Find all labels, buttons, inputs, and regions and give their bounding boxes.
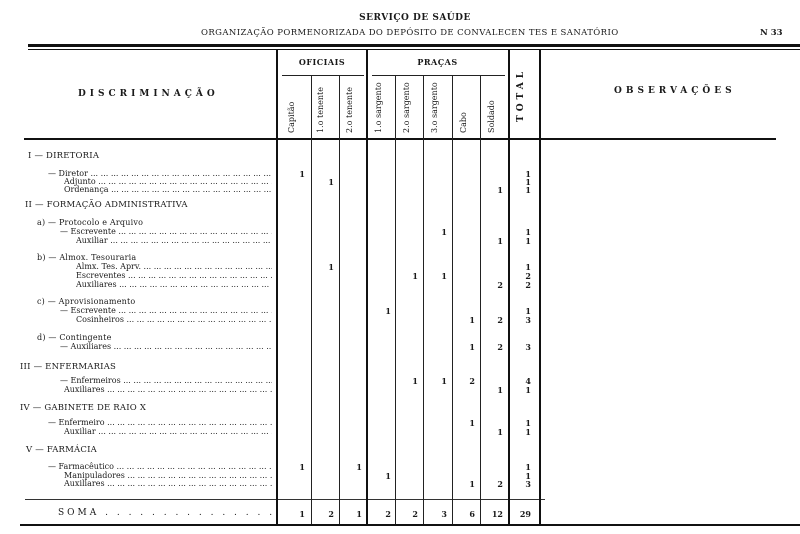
row-label: Almx. Tes. Aprv. ... ... ... ... ... ...… — [76, 262, 272, 271]
row-label: — Escrevente ... ... ... ... ... ... ...… — [60, 227, 272, 236]
row-label: — Auxiliares ... ... ... ... ... ... ...… — [60, 342, 272, 351]
header-col-soldado: Soldado — [487, 100, 496, 133]
col-divider-3sarg — [452, 76, 453, 524]
table-cell: 3 — [519, 342, 531, 352]
top-rule — [28, 44, 800, 47]
header-col-2-sargento: 2.o sargento — [402, 82, 411, 133]
soma-cell: 29 — [517, 509, 531, 519]
table-cell: 1 — [491, 385, 503, 395]
header-bottom-rule — [24, 138, 776, 140]
section-farmacia: V — FARMÁCIA — [26, 445, 97, 455]
oficiais-underline — [282, 75, 364, 76]
row-label: Auxiliares ... ... ... ... ... ... ... .… — [76, 280, 272, 289]
table-cell: 1 — [435, 227, 447, 237]
document-title: SERVIÇO DE SAÚDE — [0, 13, 800, 23]
table-cell: 2 — [491, 280, 503, 290]
section-almox-tesouraria: b) — Almox. Tesouraria — [37, 253, 136, 262]
row-label: Ordenança ... ... ... ... ... ... ... ..… — [64, 185, 272, 194]
soma-cell: 2 — [404, 509, 418, 519]
col-divider-oficiais — [366, 50, 368, 524]
table-cell: 2 — [519, 280, 531, 290]
table-cell: 1 — [435, 271, 447, 281]
section-formacao-administrativa: II — FORMAÇÃO ADMINISTRATIVA — [25, 200, 188, 210]
row-label: Auxiliar ... ... ... ... ... ... ... ...… — [76, 236, 272, 245]
soma-cell: 12 — [489, 509, 503, 519]
table-cell: 1 — [491, 185, 503, 195]
table-cell: 1 — [519, 427, 531, 437]
header-col-2-tenente: 2.o tenente — [345, 87, 354, 133]
table-cell: 2 — [491, 342, 503, 352]
soma-label: SOMA . . . . . . . . . . . . . . . . . .… — [58, 508, 272, 518]
table-cell: 1 — [379, 471, 391, 481]
row-label: Auxiliar ... ... ... ... ... ... ... ...… — [64, 427, 272, 436]
soma-cell: 6 — [461, 509, 475, 519]
table-cell: 1 — [322, 177, 334, 187]
header-col-1-sargento: 1.o sargento — [374, 82, 383, 133]
table-cell: 1 — [379, 306, 391, 316]
col-divider-2sarg — [423, 76, 424, 524]
table-cell: 1 — [491, 236, 503, 246]
table-cell: 1 — [293, 462, 305, 472]
row-label: Escreventes ... ... ... ... ... ... ... … — [76, 271, 272, 280]
header-oficiais: OFICIAIS — [277, 57, 367, 67]
table-cell: 1 — [406, 271, 418, 281]
col-divider-cap — [311, 76, 312, 524]
header-col-capitao: Capitão — [287, 102, 296, 133]
table-cell: 1 — [463, 479, 475, 489]
table-cell: 2 — [491, 315, 503, 325]
table-cell: 3 — [519, 479, 531, 489]
header-col-1-tenente: 1.o tenente — [316, 87, 325, 133]
section-contingente: d) — Contingente — [37, 333, 112, 342]
table-cell: 3 — [519, 315, 531, 325]
table-cell: 1 — [519, 385, 531, 395]
table-cell: 1 — [435, 376, 447, 386]
header-observacoes: OBSERVAÇÕES — [614, 86, 736, 96]
header-col-3-sargento: 3.o sargento — [430, 82, 439, 133]
row-label: Cosinheiros ... ... ... ... ... ... ... … — [76, 315, 272, 324]
col-divider-pracas — [508, 50, 510, 524]
row-label: — Farmacêutico ... ... ... ... ... ... .… — [48, 462, 272, 471]
soma-separator — [25, 499, 545, 500]
bottom-rule — [20, 524, 800, 526]
table-cell: 1 — [519, 236, 531, 246]
page-number: N 33 — [760, 28, 783, 38]
soma-cell: 2 — [377, 509, 391, 519]
col-divider-1sarg — [395, 76, 396, 524]
row-label: — Escrevente ... ... ... ... ... ... ...… — [60, 306, 272, 315]
row-label: — Enfermeiro ... ... ... ... ... ... ...… — [48, 418, 272, 427]
row-label: Auxiliares ... ... ... ... ... ... ... .… — [64, 479, 272, 488]
header-pracas: PRAÇAS — [367, 57, 508, 67]
section-aprovisionamento: c) — Aprovisionamento — [37, 297, 135, 306]
header-col-total: TOTAL — [516, 68, 526, 122]
table-cell: 1 — [350, 462, 362, 472]
table-cell: 1 — [406, 376, 418, 386]
header-col-cabo: Cabo — [459, 112, 468, 133]
header-discriminacao: DISCRIMINAÇÃO — [78, 89, 219, 99]
pracas-underline — [372, 75, 505, 76]
table-cell: 1 — [491, 427, 503, 437]
top-rule-thin — [28, 49, 800, 50]
row-label: — Enfermeiros ... ... ... ... ... ... ..… — [60, 376, 272, 385]
section-protocolo-arquivo: a) — Protocolo e Arquivo — [37, 218, 143, 227]
table-cell: 1 — [519, 185, 531, 195]
table-cell: 1 — [293, 169, 305, 179]
soma-cell: 2 — [320, 509, 334, 519]
table-cell: 1 — [463, 315, 475, 325]
table-cell: 2 — [463, 376, 475, 386]
soma-cell: 1 — [348, 509, 362, 519]
col-divider-disc — [276, 50, 278, 524]
table-cell: 2 — [491, 479, 503, 489]
row-label: Auxiliares ... ... ... ... ... ... ... .… — [64, 385, 272, 394]
section-enfermarias: III — ENFERMARIAS — [20, 362, 116, 372]
col-divider-total — [539, 50, 541, 524]
soma-cell: 1 — [291, 509, 305, 519]
col-divider-1ten — [339, 76, 340, 524]
section-gabinete-raio-x: IV — GABINETE DE RAIO X — [20, 403, 146, 413]
document-subtitle: ORGANIZAÇÃO PORMENORIZADA DO DEPÓSITO DE… — [201, 28, 619, 38]
table-cell: 1 — [322, 262, 334, 272]
col-divider-cabo — [480, 76, 481, 524]
table-cell: 1 — [463, 418, 475, 428]
section-diretoria: I — DIRETORIA — [28, 151, 99, 161]
table-cell: 1 — [463, 342, 475, 352]
soma-cell: 3 — [433, 509, 447, 519]
